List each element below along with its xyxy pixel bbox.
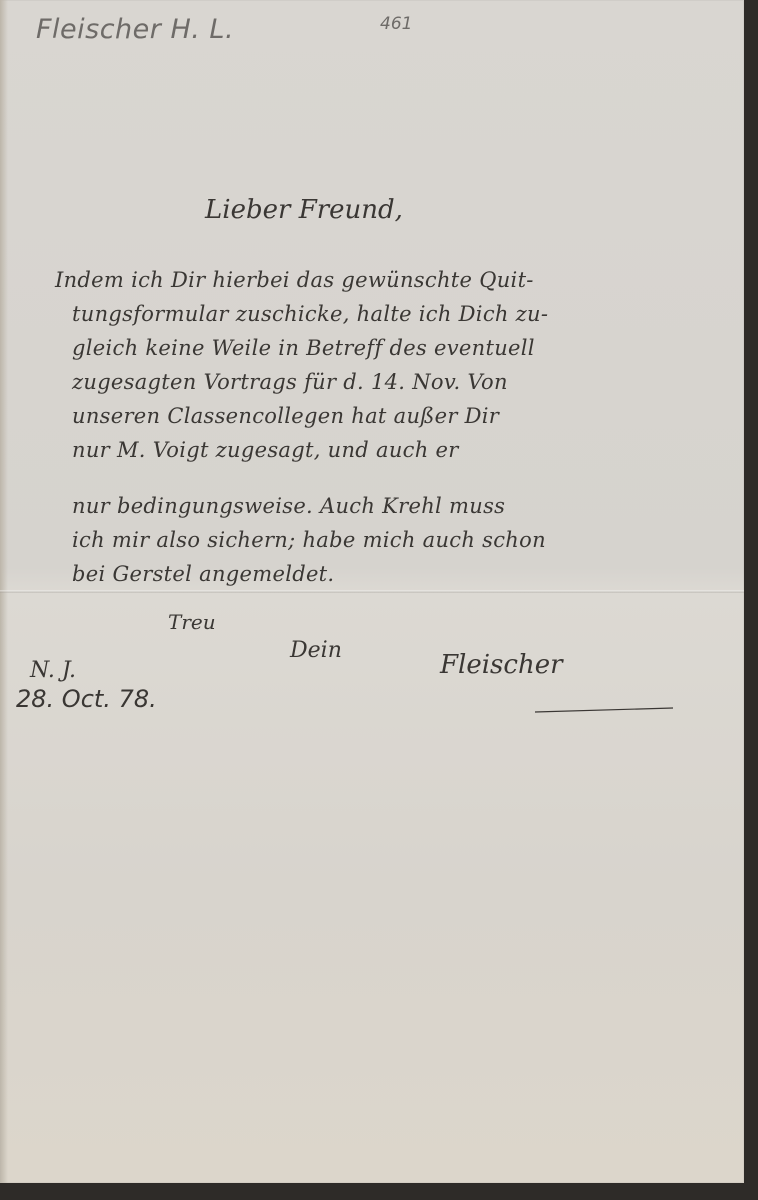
letter-date: 28. Oct. 78. (16, 685, 157, 713)
letter-line: tungsformular zuschicke, halte ich Dich … (72, 302, 548, 326)
letter-line: bei Gerstel angemeldet. (72, 562, 334, 586)
signature: Fleischer (440, 650, 563, 680)
signature-flourish-icon (533, 700, 683, 714)
letter-line: gleich keine Weile in Betreff des eventu… (72, 336, 535, 360)
salutation: Lieber Freund, (205, 195, 403, 225)
letter-line: zugesagten Vortrags für d. 14. Nov. Von (72, 370, 508, 394)
closing-word: Treu (168, 610, 216, 634)
letter-page: Fleischer H. L. 461 Lieber Freund, Indem… (0, 0, 744, 1183)
letter-line: nur bedingungsweise. Auch Krehl muss (72, 494, 505, 518)
letter-line: ich mir also sichern; habe mich auch sch… (72, 528, 546, 552)
archive-author-annotation: Fleischer H. L. (36, 14, 234, 45)
archive-number-annotation: 461 (380, 14, 412, 34)
letter-line: unseren Classencollegen hat außer Dir (72, 404, 499, 428)
closing-word: Dein (290, 638, 342, 663)
place-abbreviation: N. J. (30, 658, 76, 683)
letter-line: nur M. Voigt zugesagt, und auch er (72, 438, 459, 462)
letter-line: Indem ich Dir hierbei das gewünschte Qui… (55, 268, 534, 292)
fold-crease (0, 590, 744, 593)
